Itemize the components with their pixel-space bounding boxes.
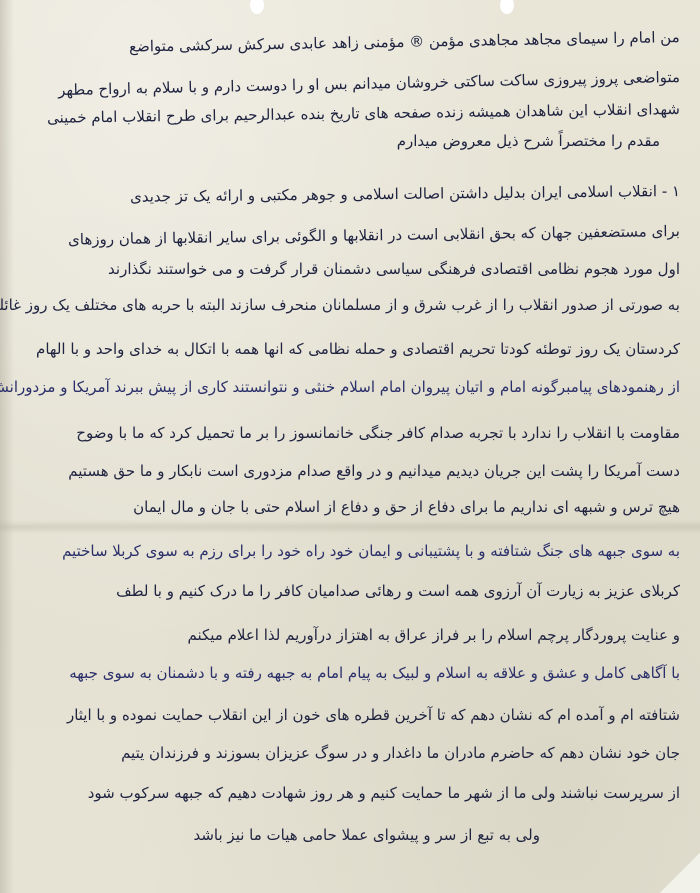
text-line: متواضعی پروز پیروزی ساکت ساکتی خروشان می…	[58, 68, 680, 99]
text-line: دست آمریکا را پشت این جریان دیدیم میدانی…	[68, 462, 680, 480]
text-line: کربلای عزیز به زیارت آن آرزوی همه است و …	[116, 582, 680, 600]
text-line: به سوی جبهه های جنگ شتافته و با پشتیبانی…	[62, 542, 680, 560]
text-line: مقدم را مختصراً شرح ذیل معروض میدارم	[397, 132, 660, 150]
text-line: ولی به تبع از سر و پیشوای عملا حامی هیات…	[193, 826, 540, 844]
text-line: هیچ ترس و شبهه ای نداریم ما برای دفاع از…	[133, 498, 680, 516]
paper-corner	[660, 853, 700, 893]
text-line: جان خود نشان دهم که حاضرم مادران ما داغد…	[121, 744, 680, 762]
paper-fold-crease	[0, 520, 700, 534]
text-line: کردستان یک روز توطئه کودتا تحریم اقتصادی…	[36, 340, 680, 358]
text-line: اول مورد هجوم نظامی اقتصادی فرهنگی سیاسی…	[108, 260, 680, 278]
text-line: و عنایت پروردگار پرچم اسلام را بر فراز ع…	[187, 626, 680, 644]
text-line: شهدای انقلاب این شاهدان همیشه زنده صفحه …	[47, 100, 680, 127]
text-line: با آگاهی کامل و عشق و علاقه به اسلام و ل…	[69, 664, 680, 682]
text-line: از رهنمودهای پیامبرگونه امام و اتیان پیر…	[0, 378, 680, 396]
text-line: به صورتی از صدور انقلاب را از غرب شرق و …	[0, 296, 680, 314]
text-line: شتافته ام و آمده ام که نشان دهم که تا آخ…	[67, 706, 680, 724]
punch-hole	[500, 0, 514, 14]
text-line: برای مستضعفین جهان که بحق انقلابی است در…	[68, 222, 680, 249]
text-line: از سرپرست نباشند ولی ما از شهر ما حمایت …	[88, 784, 680, 802]
text-line: مقاومت با انقلاب را ندارد با تجربه صدام …	[76, 424, 680, 442]
punch-hole	[250, 0, 264, 14]
scanned-letter-page: من امام را سیمای مجاهد مجاهدی مؤمن ® مؤم…	[0, 0, 700, 893]
text-line: ۱ - انقلاب اسلامی ایران بدلیل داشتن اصال…	[130, 182, 680, 206]
text-line: من امام را سیمای مجاهد مجاهدی مؤمن ® مؤم…	[129, 28, 680, 56]
